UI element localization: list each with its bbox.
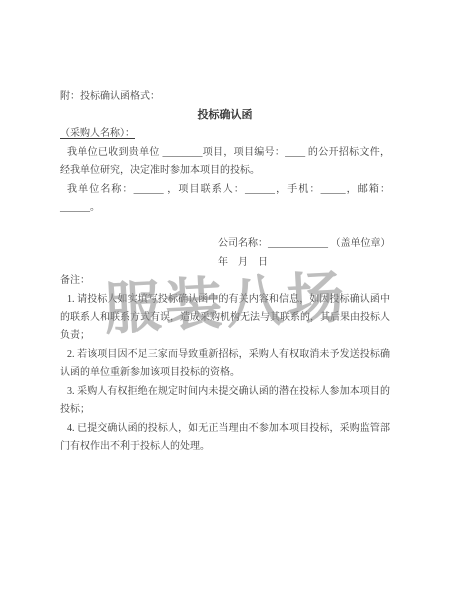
document-title: 投标确认函 — [60, 106, 390, 125]
note-item-3: 3. 采购人有权拒绝在规定时间内未提交确认函的潜在投标人参加本项目的投标； — [60, 383, 390, 420]
attachment-format-label: 附：投标确认函格式： — [60, 88, 390, 106]
site-watermark: 服装八场 — [102, 251, 350, 346]
paragraph-receipt-statement: 我单位已收到贵单位 ________项目，项目编号：____ 的公开招标文件，经… — [60, 144, 390, 181]
company-name-line: 公司名称：____________ （盖单位章） — [218, 235, 390, 253]
purchaser-name-blank: （采购人名称）： — [60, 128, 135, 139]
paragraph-contact-info: 我单位名称：______ ，项目联系人：______，手机：_____，邮箱：_… — [60, 181, 390, 218]
note-item-4: 4. 已提交确认函的投标人，如无正当理由不参加本项目投标，采购监管部门有权作出不… — [60, 420, 390, 457]
bid-confirmation-document: 附：投标确认函格式： 投标确认函 （采购人名称）： 我单位已收到贵单位 ____… — [0, 0, 450, 456]
addressee-line: （采购人名称）： — [60, 125, 390, 143]
note-item-2: 2. 若该项目因不足三家而导致重新招标，采购人有权取消未予发送投标确认函的单位重… — [60, 346, 390, 383]
